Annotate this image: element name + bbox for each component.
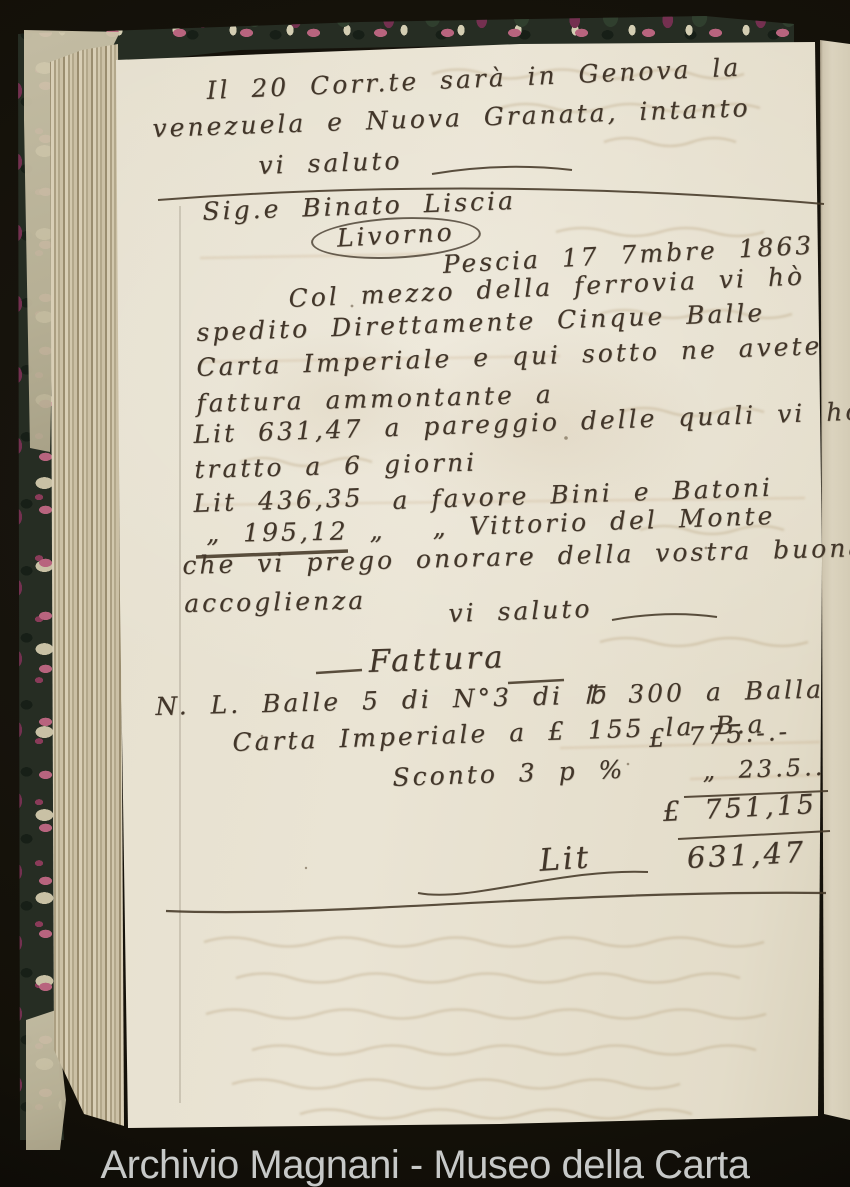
closing-salute: vi saluto [448, 594, 593, 628]
continuation-salute: vi saluto [258, 146, 403, 180]
archive-watermark: Archivio Magnani - Museo della Carta [0, 1143, 850, 1187]
manuscript-page [0, 0, 850, 1187]
archival-photo: Il 20 Corr.te sarà in Genova la venezuel… [0, 0, 850, 1187]
draft-2-amount: „ 195,12 „ [206, 516, 386, 548]
draft-1-amount: Lit 436,35 [193, 483, 364, 518]
invoice-discount-amount: „ 23.5.. [702, 753, 826, 785]
invoice-heading: Fattura [368, 639, 506, 680]
invoice-total-amount: 631,47 [686, 835, 807, 875]
invoice-total-currency: Lit [538, 839, 592, 879]
request-line-2: accoglienza [184, 586, 366, 618]
